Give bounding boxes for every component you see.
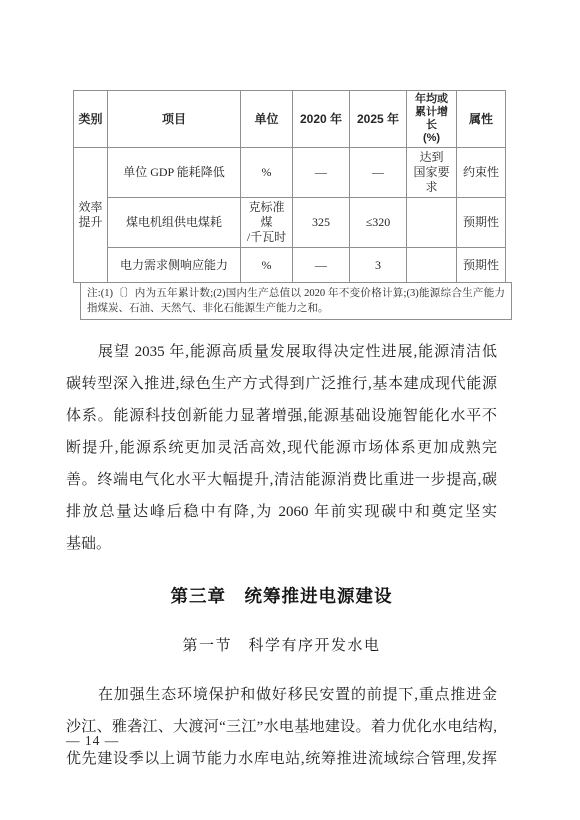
cell-item: 电力需求侧响应能力 — [108, 248, 241, 283]
paragraph-line: 基础。 — [66, 528, 497, 560]
paragraph-line: 在加强生态环境保护和做好移民安置的前提下,重点推进金 — [66, 679, 497, 711]
cell-2025: 3 — [350, 248, 407, 283]
col-header-category: 类别 — [74, 91, 108, 148]
paragraph-line: 优先建设季以上调节能力水库电站,统筹推进流域综合管理,发挥 — [66, 743, 497, 775]
chapter-heading: 第三章 统筹推进电源建设 — [66, 584, 497, 608]
col-header-2020: 2020 年 — [293, 91, 350, 148]
paragraph-line: 碳转型深入推进,绿色生产方式得到广泛推行,基本建成现代能源 — [66, 368, 497, 400]
cell-growth — [407, 198, 457, 248]
outlook-paragraph: 展望 2035 年,能源高质量发展取得决定性进展,能源清洁低 碳转型深入推进,绿… — [66, 336, 497, 560]
paragraph-line: 断提升,能源系统更加灵活高效,现代能源市场体系更加成熟完 — [66, 432, 497, 464]
cell-unit: % — [241, 148, 293, 198]
table-header-row: 类别 项目 单位 2020 年 2025 年 年均或 累计增长 (%) 属性 — [74, 91, 506, 148]
col-header-item: 项目 — [108, 91, 241, 148]
cell-category: 效率 提升 — [74, 148, 108, 283]
paragraph-line: 沙江、雅砻江、大渡河“三江”水电基地建设。着力优化水电结构, — [66, 711, 497, 743]
cell-growth: 达到 国家要求 — [407, 148, 457, 198]
table-row: 煤电机组供电煤耗 克标准煤 /千瓦时 325 ≤320 预期性 — [74, 198, 506, 248]
cell-attr: 预期性 — [457, 248, 506, 283]
cell-2025: — — [350, 148, 407, 198]
paragraph-line: 展望 2035 年,能源高质量发展取得决定性进展,能源清洁低 — [66, 336, 497, 368]
cell-2020: — — [293, 148, 350, 198]
cell-item: 单位 GDP 能耗降低 — [108, 148, 241, 198]
cell-2020: — — [293, 248, 350, 283]
page-content: 类别 项目 单位 2020 年 2025 年 年均或 累计增长 (%) 属性 效… — [66, 90, 497, 775]
table-note: 注:(1)〔〕内为五年累计数;(2)国内生产总值以 2020 年不变价格计算;(… — [80, 282, 512, 320]
hydro-paragraph: 在加强生态环境保护和做好移民安置的前提下,重点推进金 沙江、雅砻江、大渡河“三江… — [66, 679, 497, 775]
cell-2025: ≤320 — [350, 198, 407, 248]
section-heading: 第一节 科学有序开发水电 — [66, 636, 497, 657]
col-header-attr: 属性 — [457, 91, 506, 148]
indicators-table-wrapper: 类别 项目 单位 2020 年 2025 年 年均或 累计增长 (%) 属性 效… — [73, 90, 505, 320]
col-header-2025: 2025 年 — [350, 91, 407, 148]
cell-unit: 克标准煤 /千瓦时 — [241, 198, 293, 248]
paragraph-line: 体系。能源科技创新能力显著增强,能源基础设施智能化水平不 — [66, 400, 497, 432]
col-header-unit: 单位 — [241, 91, 293, 148]
table-row: 电力需求侧响应能力 % — 3 预期性 — [74, 248, 506, 283]
page-number: — 14 — — [66, 733, 119, 749]
paragraph-line: 排放总量达峰后稳中有降,为 2060 年前实现碳中和奠定坚实 — [66, 496, 497, 528]
cell-unit: % — [241, 248, 293, 283]
cell-item: 煤电机组供电煤耗 — [108, 198, 241, 248]
paragraph-line: 善。终端电气化水平大幅提升,清洁能源消费比重进一步提高,碳 — [66, 464, 497, 496]
col-header-growth: 年均或 累计增长 (%) — [407, 91, 457, 148]
cell-growth — [407, 248, 457, 283]
cell-2020: 325 — [293, 198, 350, 248]
cell-attr: 约束性 — [457, 148, 506, 198]
table-row: 效率 提升 单位 GDP 能耗降低 % — — 达到 国家要求 约束性 — [74, 148, 506, 198]
cell-attr: 预期性 — [457, 198, 506, 248]
indicators-table: 类别 项目 单位 2020 年 2025 年 年均或 累计增长 (%) 属性 效… — [73, 90, 506, 283]
document-page: { "table": { "headers": { "category": "类… — [0, 0, 580, 820]
